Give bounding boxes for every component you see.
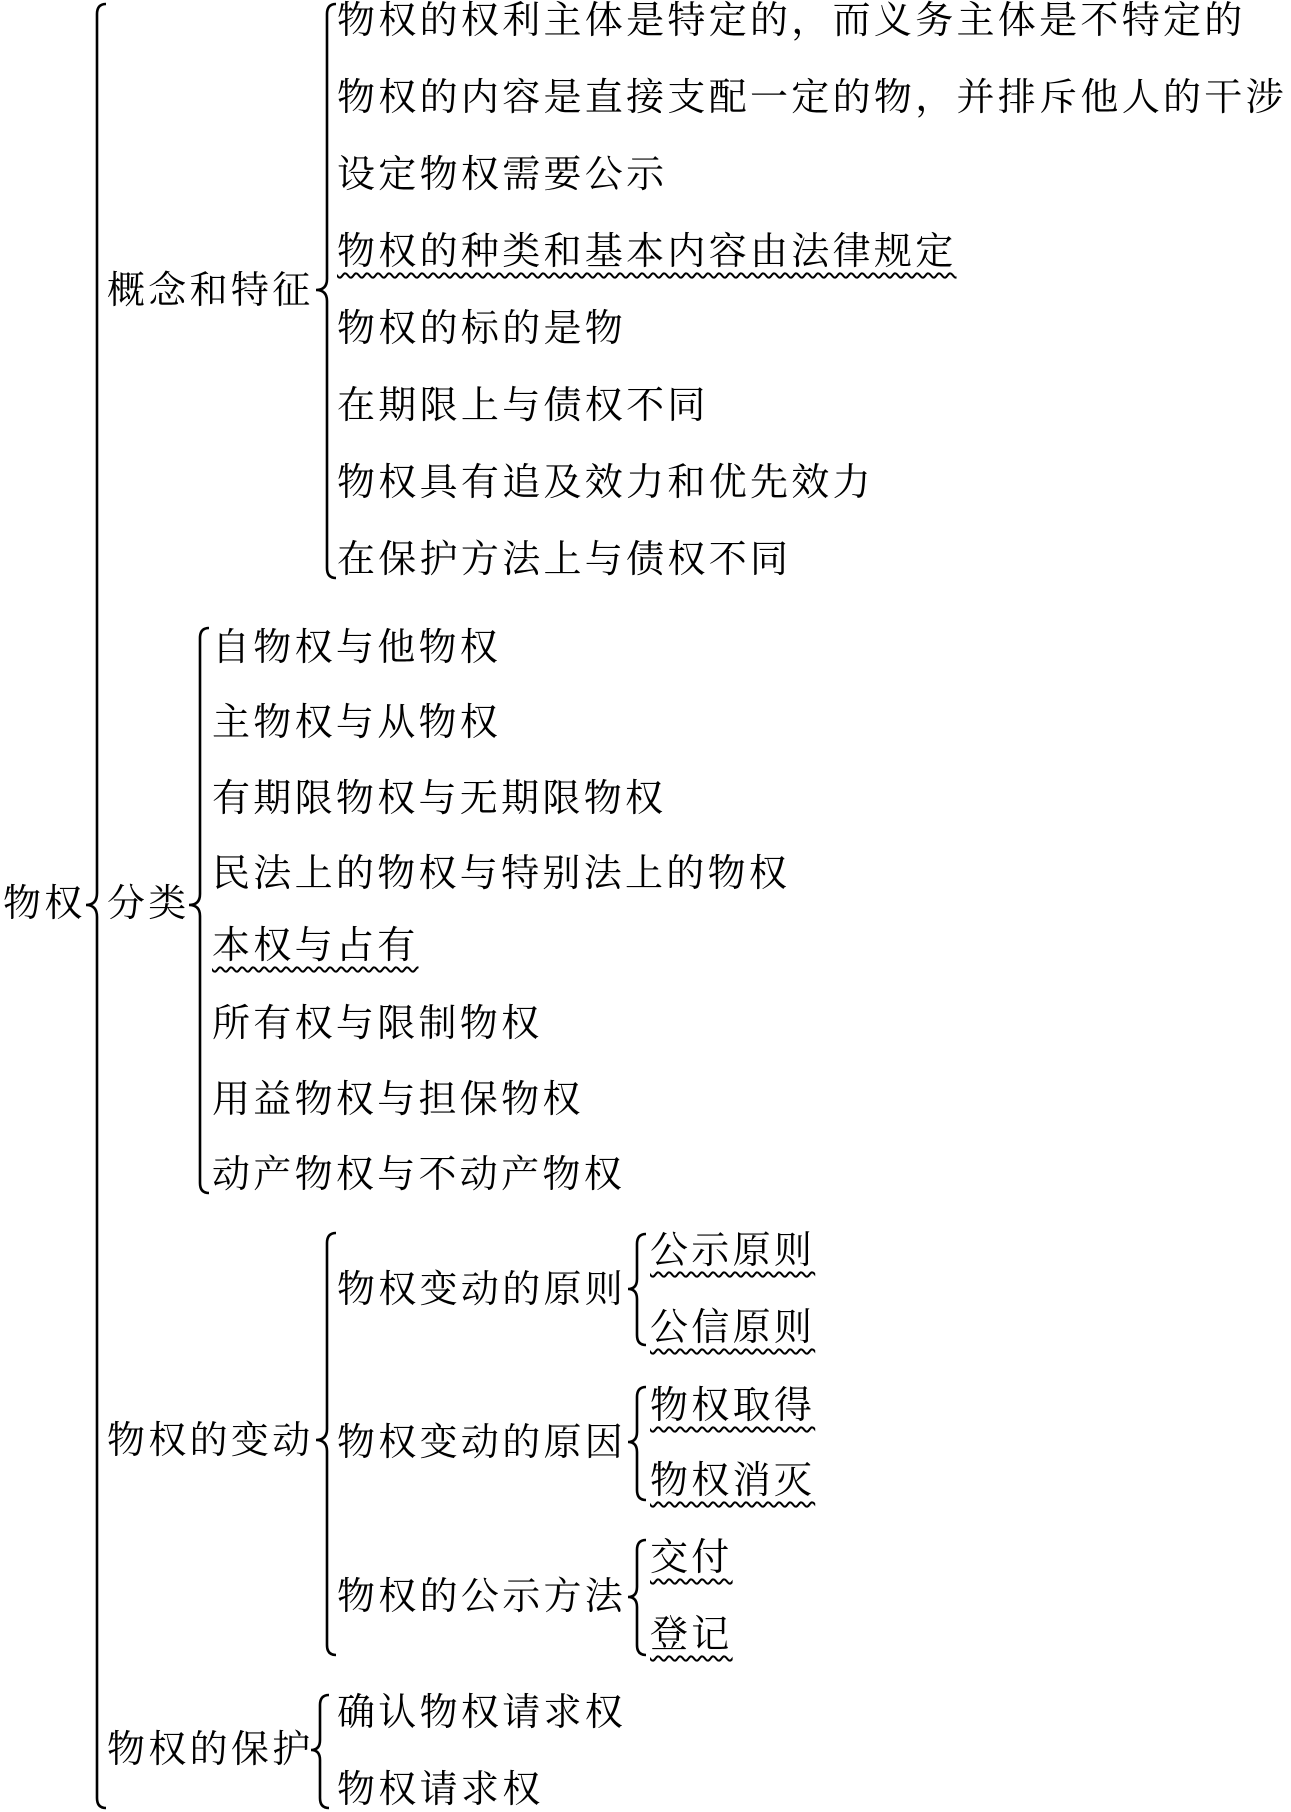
- concept-brace: [316, 4, 336, 578]
- protection-item: 确认物权请求权: [337, 1692, 626, 1732]
- cause-item: 物权消灭: [650, 1460, 815, 1500]
- classification-item: 所有权与限制物权: [212, 1003, 542, 1043]
- classification-brace: [189, 628, 209, 1193]
- cause-brace: [628, 1387, 646, 1500]
- publicity-item: 登记: [650, 1614, 733, 1654]
- classification-item-emphasized: 本权与占有: [212, 925, 419, 965]
- concept-item: 物权的标的是物: [337, 308, 626, 348]
- concept-item-emphasized: 物权的种类和基本内容由法律规定: [337, 231, 957, 271]
- protection-item: 物权请求权: [337, 1769, 544, 1809]
- concept-item: 在保护方法上与债权不同: [337, 539, 791, 579]
- classification-item: 民法上的物权与特别法上的物权: [212, 853, 790, 893]
- subgroup-label-cause: 物权变动的原因: [337, 1422, 626, 1462]
- classification-item: 自物权与他物权: [212, 627, 501, 667]
- classification-item: 用益物权与担保物权: [212, 1079, 584, 1119]
- protection-brace: [311, 1695, 329, 1808]
- principle-item: 公示原则: [650, 1230, 815, 1270]
- concept-item: 物权具有追及效力和优先效力: [337, 462, 874, 502]
- principle-item: 公信原则: [650, 1307, 815, 1347]
- section-label-change: 物权的变动: [107, 1420, 314, 1460]
- principle-brace: [628, 1234, 646, 1345]
- classification-item: 有期限物权与无期限物权: [212, 778, 666, 818]
- subgroup-label-principle: 物权变动的原则: [337, 1269, 626, 1309]
- concept-item: 在期限上与债权不同: [337, 385, 709, 425]
- subgroup-label-publicity: 物权的公示方法: [337, 1576, 626, 1616]
- concept-item: 物权的权利主体是特定的，而义务主体是不特定的: [337, 0, 1246, 40]
- change-brace: [316, 1233, 336, 1655]
- root-label: 物权: [3, 883, 86, 923]
- publicity-item: 交付: [650, 1537, 733, 1577]
- publicity-brace: [628, 1540, 646, 1655]
- section-label-protection: 物权的保护: [107, 1729, 314, 1769]
- root-brace: [86, 4, 106, 1808]
- section-label-concept: 概念和特征: [107, 270, 314, 310]
- concept-item: 设定物权需要公示: [337, 154, 667, 194]
- section-label-classification: 分类: [107, 883, 190, 923]
- classification-item: 主物权与从物权: [212, 702, 501, 742]
- cause-item: 物权取得: [650, 1385, 815, 1425]
- concept-item: 物权的内容是直接支配一定的物，并排斥他人的干涉: [337, 77, 1287, 117]
- classification-item: 动产物权与不动产物权: [212, 1154, 625, 1194]
